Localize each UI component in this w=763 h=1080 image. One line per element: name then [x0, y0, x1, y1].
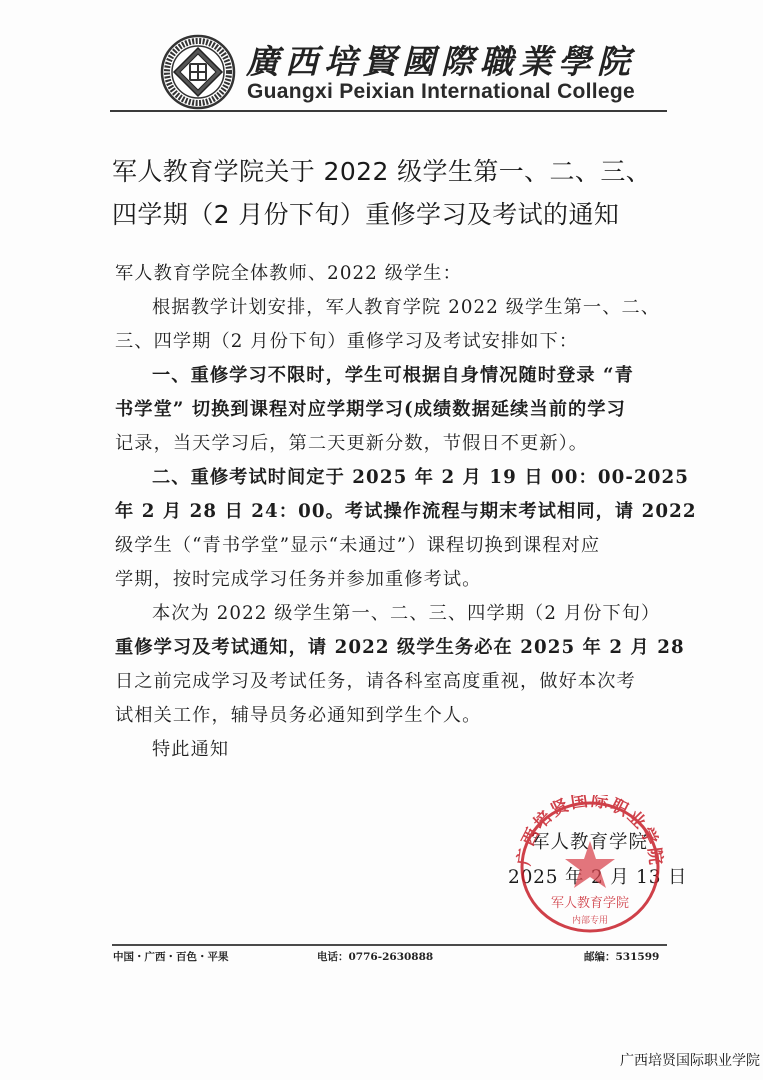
sign-off: 特此通知 — [115, 733, 675, 767]
footer-address: 中国・广西・百色・平果 — [113, 949, 229, 964]
footer-phone: 电话：0776-2630888 — [317, 949, 433, 964]
signature-date: 2025 年 2 月 13 日 — [508, 863, 687, 889]
source-watermark: 广西培贤国际职业学院 — [620, 1050, 760, 1070]
college-english-name: Guangxi Peixian International College — [247, 80, 635, 104]
intro-line-2: 三、四学期（2 月份下旬）重修学习及考试安排如下： — [115, 325, 675, 359]
closing-line-2: 重修学习及考试通知，请 2022 级学生务必在 2025 年 2 月 28 — [115, 631, 675, 665]
stamp-internal-use-text: 内部专用 — [572, 914, 608, 926]
item1-line-2: 书学堂” 切换到课程对应学期学习(成绩数据延续当前的学习 — [115, 393, 675, 427]
footer-divider — [112, 944, 667, 946]
item2-line-2: 年 2 月 28 日 24：00。考试操作流程与期末考试相同，请 2022 — [115, 495, 675, 529]
closing-line-3: 日之前完成学习及考试任务，请各科室高度重视，做好本次考 — [115, 665, 675, 699]
footer-postcode: 邮编：531599 — [584, 949, 659, 964]
item2-line-3: 级学生（“青书学堂”显示“未通过”）课程切换到课程对应 — [115, 529, 675, 563]
college-chinese-name: 廣西培賢國際職業學院 — [246, 36, 636, 83]
closing-line-1: 本次为 2022 级学生第一、二、三、四学期（2 月份下旬） — [115, 597, 675, 631]
item2-line-1: 二、重修考试时间定于 2025 年 2 月 19 日 00：00-2025 — [115, 461, 675, 495]
letterhead: 廣西培賢國際職業學院 Guangxi Peixian International… — [160, 30, 610, 110]
intro-line-1: 根据教学计划安排，军人教育学院 2022 级学生第一、二、 — [115, 291, 675, 325]
notice-body: 军人教育学院全体教师、2022 级学生： 根据教学计划安排，军人教育学院 202… — [115, 257, 675, 767]
item2-line-4: 学期，按时完成学习任务并参加重修考试。 — [115, 563, 675, 597]
salutation: 军人教育学院全体教师、2022 级学生： — [115, 257, 675, 291]
title-line-1: 军人教育学院关于 2022 级学生第一、二、三、 — [112, 150, 672, 193]
notice-document: 廣西培賢國際職業學院 Guangxi Peixian International… — [0, 0, 763, 1080]
item1-line-1: 一、重修学习不限时，学生可根据自身情况随时登录 “青 — [115, 359, 675, 393]
notice-title: 军人教育学院关于 2022 级学生第一、二、三、 四学期（2 月份下旬）重修学习… — [112, 150, 672, 236]
signature-organization: 军人教育学院 — [531, 828, 648, 854]
college-seal-logo-icon — [160, 34, 236, 110]
closing-line-4: 试相关工作，辅导员务必通知到学生个人。 — [115, 699, 675, 733]
header-divider — [110, 110, 667, 112]
stamp-center-text: 军人教育学院 — [551, 895, 629, 911]
item1-line-3: 记录，当天学习后，第二天更新分数，节假日不更新）。 — [115, 427, 675, 461]
title-line-2: 四学期（2 月份下旬）重修学习及考试的通知 — [112, 193, 672, 236]
